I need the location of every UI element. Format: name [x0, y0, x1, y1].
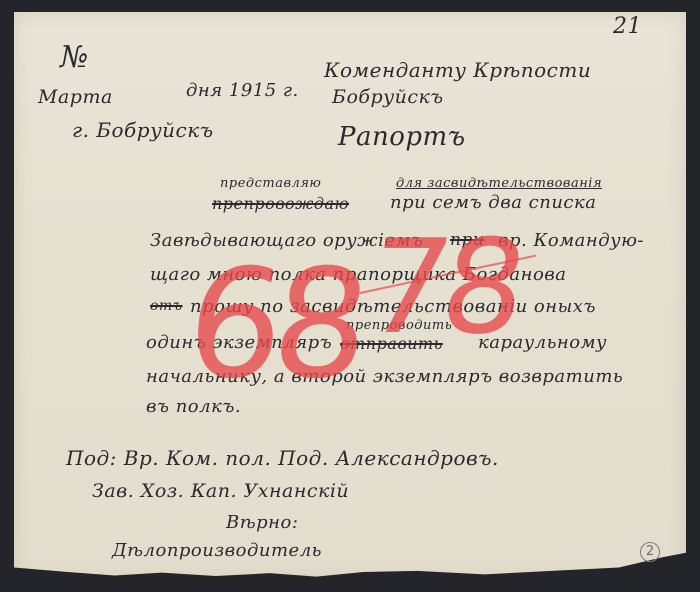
certified-true: Вѣрно: — [226, 512, 298, 533]
body-line-2: при семъ два списка — [390, 192, 596, 213]
red-folio-mark-68: 68 — [180, 250, 367, 400]
document-number-sign: № — [60, 40, 89, 75]
struck-ot: отъ — [150, 298, 183, 314]
signature-line-2: Зав. Хоз. Кап. Ухнанскій — [92, 480, 349, 502]
date-year: дня 1915 г. — [186, 80, 299, 101]
date-month: Марта — [38, 86, 113, 108]
insert-predstavlyayu: представляю — [220, 176, 321, 191]
sheet-number: 21 — [613, 14, 642, 39]
document-title: Рапортъ — [338, 122, 466, 152]
signature-line-1: Под: Вр. Ком. пол. Под. Александровъ. — [66, 446, 499, 470]
addressee-line-1: Коменданту Крѣпости — [324, 58, 591, 82]
place-of-writing: г. Бобруйскъ — [72, 118, 214, 142]
clerk-title: Дѣлопроизводитель — [112, 540, 322, 561]
struck-preprovozhdayu: препровождаю — [212, 194, 349, 213]
circled-page-number: 2 — [640, 542, 660, 562]
insert-for-certification: для засвидѣтельствованія — [396, 176, 602, 191]
addressee-line-2: Бобруйскъ — [332, 86, 444, 108]
